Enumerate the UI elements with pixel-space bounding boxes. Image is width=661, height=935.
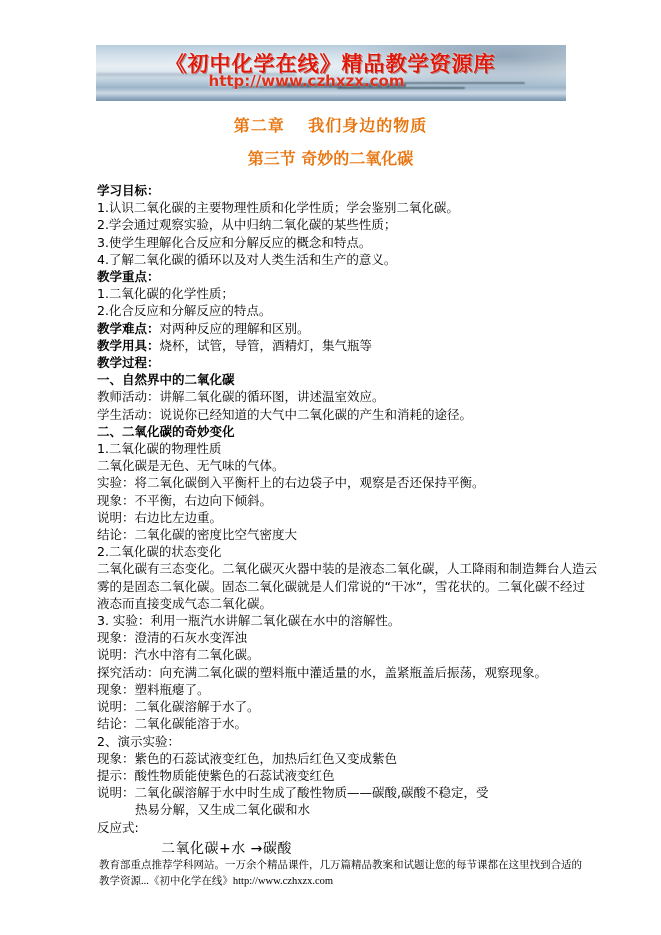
doc-line: 液态而直接变成气态二氧化碳。 — [97, 595, 571, 612]
doc-line: 教学难点：对两种反应的理解和区别。 — [97, 320, 571, 337]
doc-line: 2.学会通过观察实验，从中归纳二氧化碳的某些性质； — [97, 216, 571, 233]
document-body: 学习目标：1.认识二氧化碳的主要物理性质和化学性质；学会鉴别二氧化碳。2.学会通… — [0, 182, 661, 858]
doc-line: 说明：汽水中溶有二氧化碳。 — [97, 646, 571, 663]
doc-line: 探究活动：向充满二氧化碳的塑料瓶中灌适量的水，盖紧瓶盖后振荡，观察现象。 — [97, 664, 571, 681]
footer: 教育部重点推荐学科网站。一万余个精品课件，几万篇精品教案和试题让您的每节课都在这… — [0, 858, 661, 890]
doc-line: 3. 实验：利用一瓶汽水讲解二氧化碳在水中的溶解性。 — [97, 612, 571, 629]
doc-line: 4.了解二氧化碳的循环以及对人类生活和生产的意义。 — [97, 251, 571, 268]
doc-line: 二氧化碳有三态变化。二氧化碳灭火器中装的是液态二氧化碳，人工降雨和制造舞台人造云 — [97, 560, 571, 577]
doc-line: 现象：澄清的石灰水变浑浊 — [97, 629, 571, 646]
doc-line: 二、二氧化碳的奇妙变化 — [97, 423, 571, 440]
doc-line: 一、自然界中的二氧化碳 — [97, 371, 571, 388]
doc-line: 二氧化碳+水 →碳酸 — [97, 840, 571, 858]
doc-line: 教学重点： — [97, 268, 571, 285]
doc-line: 结论：二氧化碳的密度比空气密度大 — [97, 526, 571, 543]
footer-line: 教学资源...《初中化学在线》http://www.czhxzx.com — [99, 874, 601, 890]
doc-line: 现象：不平衡，右边向下倾斜。 — [97, 492, 571, 509]
doc-line: 二氧化碳是无色、无气味的气体。 — [97, 457, 571, 474]
section-title: 第三节 奇妙的二氧化碳 — [0, 150, 661, 168]
doc-line: 2.二氧化碳的状态变化 — [97, 543, 571, 560]
doc-line: 3.使学生理解化合反应和分解反应的概念和特点。 — [97, 234, 571, 251]
doc-line: 2、演示实验： — [97, 733, 571, 750]
doc-line: 说明：二氧化碳溶解于水了。 — [97, 698, 571, 715]
doc-line: 现象：紫色的石蕊试液变红色，加热后红色又变成紫色 — [97, 750, 571, 767]
doc-line: 教学过程： — [97, 354, 571, 371]
doc-line: 现象：塑料瓶瘪了。 — [97, 681, 571, 698]
doc-line: 2.化合反应和分解反应的特点。 — [97, 302, 571, 319]
doc-line: 热易分解，又生成二氧化碳和水 — [97, 801, 571, 818]
doc-line: 雾的是固态二氧化碳。固态二氧化碳就是人们常说的“干冰”，雪花状的。二氧化碳不经过 — [97, 578, 571, 595]
page: { "banner": { "title": "《初中化学在线》精品教学资源库"… — [0, 0, 661, 935]
doc-line: 1.二氧化碳的化学性质； — [97, 285, 571, 302]
chapter-title: 第二章 我们身边的物质 — [0, 117, 661, 135]
footer-line: 教育部重点推荐学科网站。一万余个精品课件，几万篇精品教案和试题让您的每节课都在这… — [99, 858, 601, 874]
doc-line: 教学用具：烧杯，试管，导管，酒精灯，集气瓶等 — [97, 337, 571, 354]
doc-line: 1.二氧化碳的物理性质 — [97, 440, 571, 457]
banner-image: 《初中化学在线》精品教学资源库 http://www.czhxzx.com — [96, 45, 566, 101]
doc-line: 反应式: — [97, 819, 571, 836]
doc-line: 结论：二氧化碳能溶于水。 — [97, 715, 571, 732]
doc-line: 学生活动：说说你已经知道的大气中二氧化碳的产生和消耗的途径。 — [97, 406, 571, 423]
doc-line: 教师活动：讲解二氧化碳的循环图，讲述温室效应。 — [97, 388, 571, 405]
doc-line: 说明：右边比左边重。 — [97, 509, 571, 526]
doc-line: 1.认识二氧化碳的主要物理性质和化学性质；学会鉴别二氧化碳。 — [97, 199, 571, 216]
doc-line: 学习目标： — [97, 182, 571, 199]
doc-line: 说明：二氧化碳溶解于水中时生成了酸性物质——碳酸,碳酸不稳定，受 — [97, 784, 571, 801]
doc-line: 提示：酸性物质能使紫色的石蕊试液变红色 — [97, 767, 571, 784]
doc-line: 实验：将二氧化碳倒入平衡杆上的右边袋子中，观察是否还保持平衡。 — [97, 474, 571, 491]
banner-site-url: http://www.czhxzx.com — [96, 72, 542, 90]
